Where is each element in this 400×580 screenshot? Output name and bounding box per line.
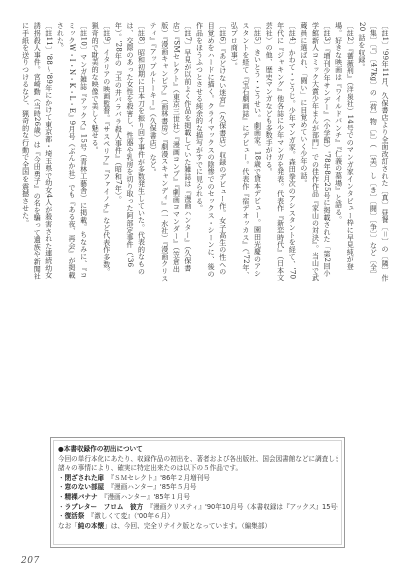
footnote-10: 〔註10〕マンガ雑誌『アックス』15号（青林工藝舎）に掲載。ちなみに、『コミック… [54,22,89,282]
notice-footer: なお「純の本懐」は、今回、完全リテイク版となっています。（編集部） [58,522,338,532]
footnote-9: 〔註9〕イタリアの映画監督。『サスペリア』『ファイノチ』など代表作多数。猟奇的で… [89,22,112,282]
notice-item: ・復活祭 『激しくて変』（'00年６月） [58,512,338,522]
footnote-5: 〔註5〕きいとう・こうせい。劇画家。18歳で貸本デビュー。園田光慶のアシスタント… [228,22,263,282]
notice-intro-line-2: 諸々の事情により、確実に特定出来たのは以下の５作品です。 [58,464,338,474]
notice-item: ・ラブレター フロム 彼方 『漫画クリスティ』'90年10月号（本書収録は『アッ… [58,503,338,513]
notice-intro-line-1: 今回の単行本化にあたり、収録作品の初出を、著者および各出版社、国会図書館などに調… [58,455,338,465]
notice-title: ●本書収録作の初出について [58,445,338,455]
footnote-11: 〔註11〕'88〜'89年にかけて東京都・埼玉県で幼女4人が殺害された連続幼女誘… [19,22,54,282]
footnote-4: 〔註4〕かわて・こうじ。少年マンガ家。森田拳次のアシスタントを経て、'70年代に… [262,22,297,282]
page-number: 207 [21,556,40,566]
notice-item: ・閉ざされた扉 『ＳＭセレクト』'86年２月増刊号 [58,474,338,484]
footnote-3: 〔註3〕『増刊少年サンデー』（小学館）'78年8月25号に掲載された「第2回小学… [297,22,332,282]
footnote-8: 〔註8〕昭和初期に日本刀を振り回す事件が多数発生していた。代表的なものは、交際の… [112,22,147,282]
footnote-2: 〔註2〕『薔薇刑』（洋泉社）14号でのマンガ家インタビュー枠に早見純が登場。好き… [332,22,355,282]
notice-item: ・窓のない部屋 『漫画ハンター』'85年５月号 [58,483,338,493]
first-publication-notice-box: ●本書収録作の初出について 今回の単行本化にあたり、収録作品の初出を、著者および… [50,437,345,548]
footnote-7: 〔註7〕早見が以前よく作品を掲載していた雑誌は『漫画ハンター』（久保書店）『SM… [147,22,193,282]
notice-item: ・精裸バナナ 『漫画ハンター』'85年１月号 [58,493,338,503]
footnote-1: 〔註1〕'99年11月、久保書店より全面改訂された〔真〕昼餐〔＝〕の〔隣〕作〔集… [355,22,390,282]
footnotes-vertical: 〔註1〕'99年11月、久保書店より全面改訂された〔真〕昼餐〔＝〕の〔隣〕作〔集… [14,22,390,282]
footnote-6: 〔註6〕『あどけない迷宮』（久保書店）収録のデビュー作。女子高生の性への目覚めを… [193,22,228,282]
